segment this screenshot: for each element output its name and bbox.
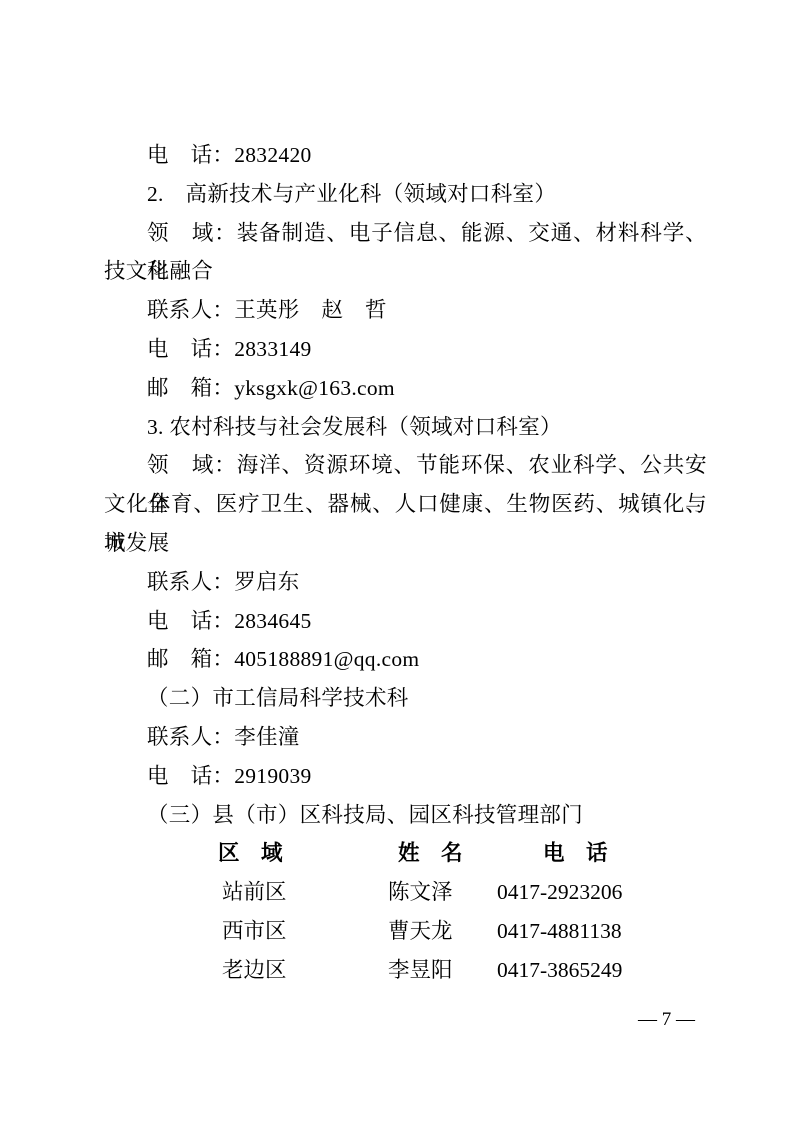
name-cell: 曹天龙 (388, 912, 453, 951)
phone-line: 电 话：2833149 (104, 330, 707, 369)
contact-person-line: 联系人：罗启东 (104, 563, 707, 602)
phone-cell: 0417-2923206 (497, 873, 622, 912)
table-row: 老边区 李昱阳 0417-3865249 (104, 951, 707, 990)
phone-cell: 0417-3865249 (497, 951, 622, 990)
column-header-region: 区 域 (218, 834, 283, 873)
domain-field-line-1: 领 域：装备制造、电子信息、能源、交通、材料科学、科 (104, 214, 707, 253)
document-body: 电 话：2832420 2. 高新技术与产业化科（领域对口科室） 领 域：装备制… (104, 136, 707, 990)
region-cell: 站前区 (222, 873, 287, 912)
name-cell: 李昱阳 (388, 951, 453, 990)
email-line: 邮 箱：405188891@qq.com (104, 640, 707, 679)
name-cell: 陈文泽 (388, 873, 453, 912)
phone-line: 电 话：2832420 (104, 136, 707, 175)
subsection-3-heading: （三）县（市）区科技局、园区科技管理部门 (104, 796, 707, 835)
domain-field-line-3: 市发展 (104, 524, 707, 563)
table-row: 西市区 曹天龙 0417-4881138 (104, 912, 707, 951)
column-header-phone: 电 话 (543, 834, 608, 873)
phone-cell: 0417-4881138 (497, 912, 622, 951)
page-number: — 7 — (638, 1008, 695, 1032)
domain-field-line-1: 领 域：海洋、资源环境、节能环保、农业科学、公共安全、 (104, 446, 707, 485)
email-line: 邮 箱：yksgxk@163.com (104, 369, 707, 408)
domain-field-line-2: 技文化融合 (104, 252, 707, 291)
table-row: 站前区 陈文泽 0417-2923206 (104, 873, 707, 912)
contact-person-line: 联系人：李佳潼 (104, 718, 707, 757)
section-2-heading: 2. 高新技术与产业化科（领域对口科室） (104, 175, 707, 214)
subsection-2-heading: （二）市工信局科学技术科 (104, 679, 707, 718)
domain-field-line-2: 文化体育、医疗卫生、器械、人口健康、生物医药、城镇化与城 (104, 485, 707, 524)
phone-line: 电 话：2919039 (104, 757, 707, 796)
table-header-row: 区 域 姓 名 电 话 (104, 834, 707, 873)
phone-line: 电 话：2834645 (104, 602, 707, 641)
column-header-name: 姓 名 (398, 834, 463, 873)
region-cell: 西市区 (222, 912, 287, 951)
contact-person-line: 联系人：王英彤 赵 哲 (104, 291, 707, 330)
region-cell: 老边区 (222, 951, 287, 990)
document-page: 电 话：2832420 2. 高新技术与产业化科（领域对口科室） 领 域：装备制… (0, 0, 794, 1123)
section-3-heading: 3. 农村科技与社会发展科（领域对口科室） (104, 408, 707, 447)
